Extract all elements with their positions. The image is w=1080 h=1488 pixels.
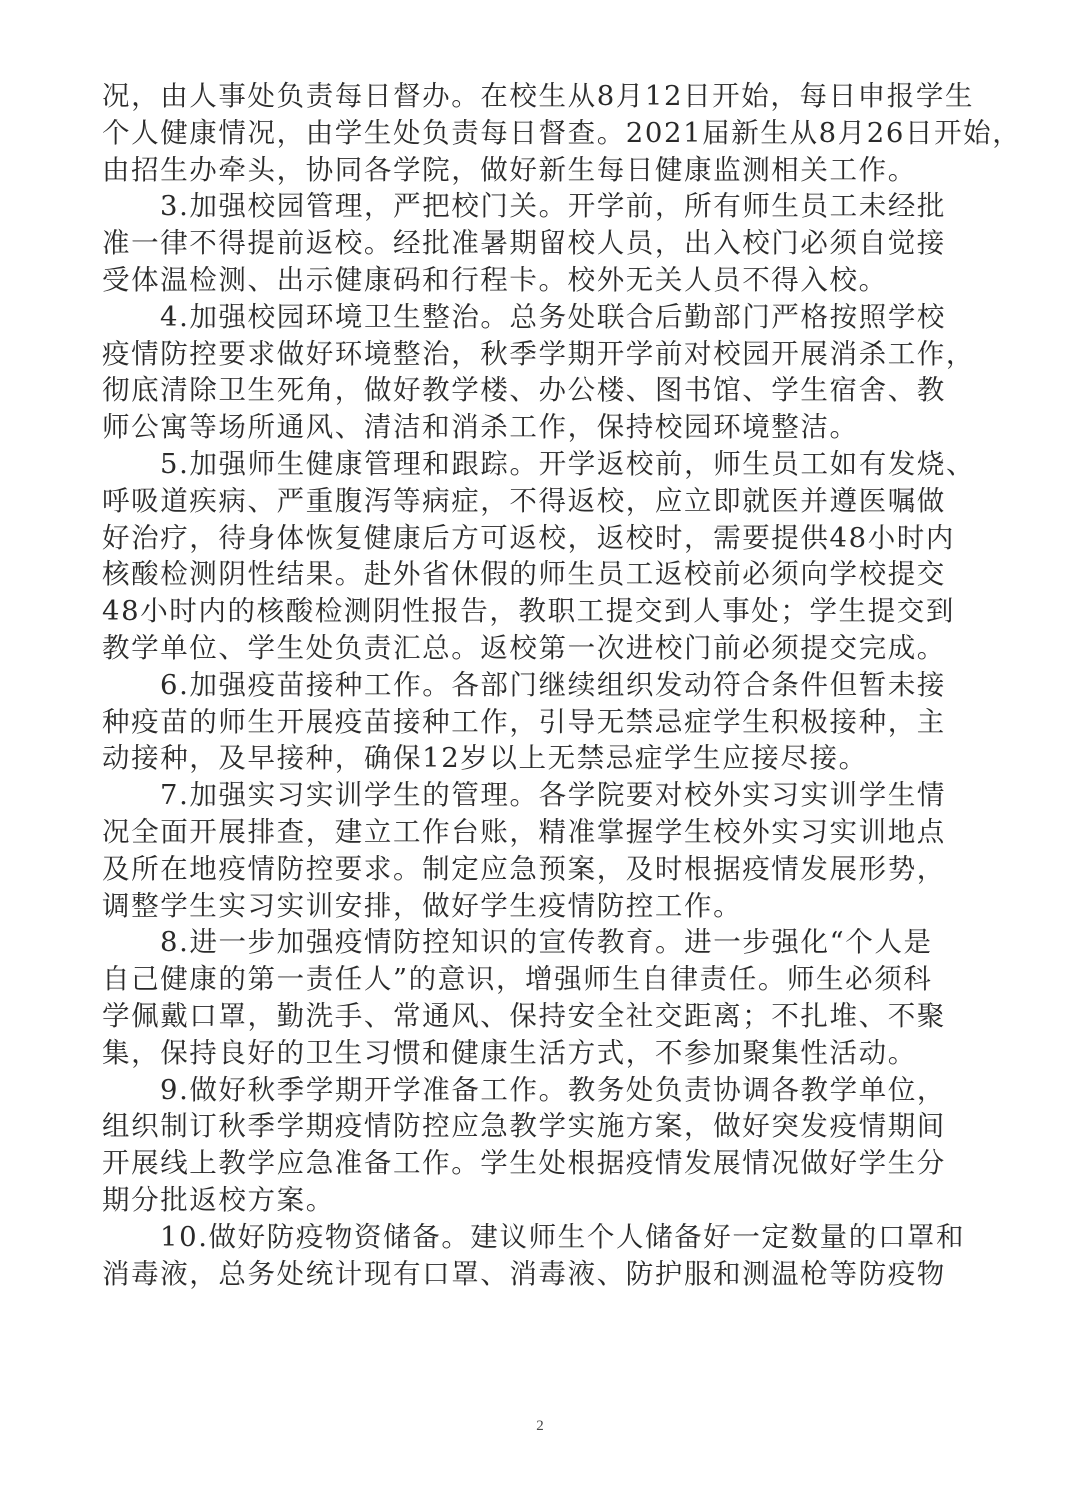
text-line: 个人健康情况，由学生处负责每日督查。2021届新生从8月26日开始， bbox=[102, 115, 992, 152]
text-line: 开展线上教学应急准备工作。学生处根据疫情发展情况做好学生分 bbox=[102, 1145, 992, 1182]
text-line: 动接种，及早接种，确保12岁以上无禁忌症学生应接尽接。 bbox=[102, 740, 992, 777]
text-line: 受体温检测、出示健康码和行程卡。校外无关人员不得入校。 bbox=[102, 262, 992, 299]
text-line: 教学单位、学生处负责汇总。返校第一次进校门前必须提交完成。 bbox=[102, 630, 992, 667]
text-line: 好治疗，待身体恢复健康后方可返校，返校时，需要提供48小时内 bbox=[102, 520, 992, 557]
paragraph-first-line: 4.加强校园环境卫生整治。总务处联合后勤部门严格按照学校 bbox=[102, 299, 992, 336]
text-line: 集，保持良好的卫生习惯和健康生活方式，不参加聚集性活动。 bbox=[102, 1035, 992, 1072]
paragraph-first-line: 9.做好秋季学期开学准备工作。教务处负责协调各教学单位， bbox=[102, 1072, 992, 1109]
document-page: 况，由人事处负责每日督办。在校生从8月12日开始，每日申报学生个人健康情况，由学… bbox=[0, 0, 1080, 1488]
text-line: 况，由人事处负责每日督办。在校生从8月12日开始，每日申报学生 bbox=[102, 78, 992, 115]
text-line: 况全面开展排查，建立工作台账，精准掌握学生校外实习实训地点 bbox=[102, 814, 992, 851]
text-line: 呼吸道疾病、严重腹泻等病症，不得返校，应立即就医并遵医嘱做 bbox=[102, 483, 992, 520]
text-line: 及所在地疫情防控要求。制定应急预案，及时根据疫情发展形势， bbox=[102, 851, 992, 888]
text-line: 核酸检测阴性结果。赴外省休假的师生员工返校前必须向学校提交 bbox=[102, 556, 992, 593]
text-line: 准一律不得提前返校。经批准暑期留校人员，出入校门必须自觉接 bbox=[102, 225, 992, 262]
text-line: 学佩戴口罩，勤洗手、常通风、保持安全社交距离；不扎堆、不聚 bbox=[102, 998, 992, 1035]
paragraph-first-line: 6.加强疫苗接种工作。各部门继续组织发动符合条件但暂未接 bbox=[102, 667, 992, 704]
text-line: 由招生办牵头，协同各学院，做好新生每日健康监测相关工作。 bbox=[102, 152, 992, 189]
text-line: 自己健康的第一责任人”的意识，增强师生自律责任。师生必须科 bbox=[102, 961, 992, 998]
paragraph-first-line: 5.加强师生健康管理和跟踪。开学返校前，师生员工如有发烧、 bbox=[102, 446, 992, 483]
text-line: 种疫苗的师生开展疫苗接种工作，引导无禁忌症学生积极接种，主 bbox=[102, 704, 992, 741]
text-line: 彻底清除卫生死角，做好教学楼、办公楼、图书馆、学生宿舍、教 bbox=[102, 372, 992, 409]
text-line: 调整学生实习实训安排，做好学生疫情防控工作。 bbox=[102, 888, 992, 925]
paragraph-first-line: 10.做好防疫物资储备。建议师生个人储备好一定数量的口罩和 bbox=[102, 1219, 992, 1256]
document-body: 况，由人事处负责每日督办。在校生从8月12日开始，每日申报学生个人健康情况，由学… bbox=[102, 78, 992, 1292]
text-line: 期分批返校方案。 bbox=[102, 1182, 992, 1219]
paragraph-first-line: 7.加强实习实训学生的管理。各学院要对校外实习实训学生情 bbox=[102, 777, 992, 814]
text-line: 师公寓等场所通风、清洁和消杀工作，保持校园环境整洁。 bbox=[102, 409, 992, 446]
paragraph-first-line: 3.加强校园管理，严把校门关。开学前，所有师生员工未经批 bbox=[102, 188, 992, 225]
paragraph-first-line: 8.进一步加强疫情防控知识的宣传教育。进一步强化“个人是 bbox=[102, 924, 992, 961]
text-line: 组织制订秋季学期疫情防控应急教学实施方案，做好突发疫情期间 bbox=[102, 1108, 992, 1145]
page-number: 2 bbox=[0, 1418, 1080, 1435]
text-line: 疫情防控要求做好环境整治，秋季学期开学前对校园开展消杀工作， bbox=[102, 336, 992, 373]
text-line: 消毒液，总务处统计现有口罩、消毒液、防护服和测温枪等防疫物 bbox=[102, 1256, 992, 1293]
text-line: 48小时内的核酸检测阴性报告，教职工提交到人事处；学生提交到 bbox=[102, 593, 992, 630]
